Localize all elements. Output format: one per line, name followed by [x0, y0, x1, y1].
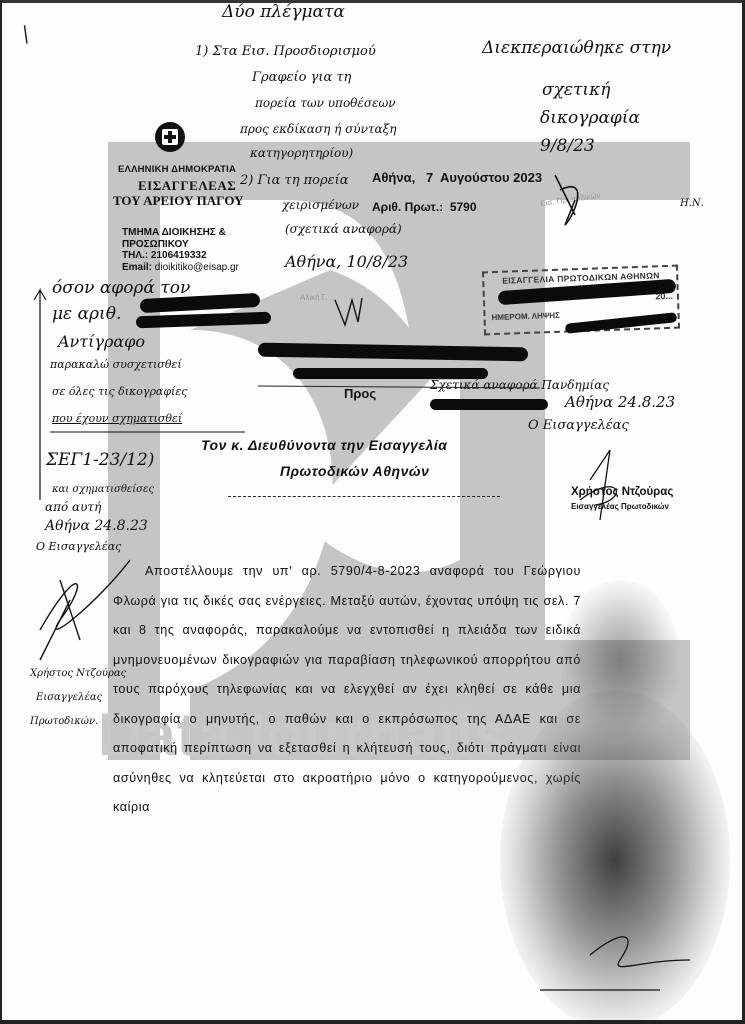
signature-scribbles	[0, 0, 745, 1024]
scan-edge-top	[0, 0, 745, 3]
scan-edge-bottom	[0, 1020, 745, 1024]
scan-edge-left	[0, 0, 2, 1024]
document-page: DataJournalis ΕΛΛΗΝΙΚΗ ΔΗΜΟΚΡΑΤΙΑ ΕΙΣΑΓΓ…	[0, 0, 745, 1024]
